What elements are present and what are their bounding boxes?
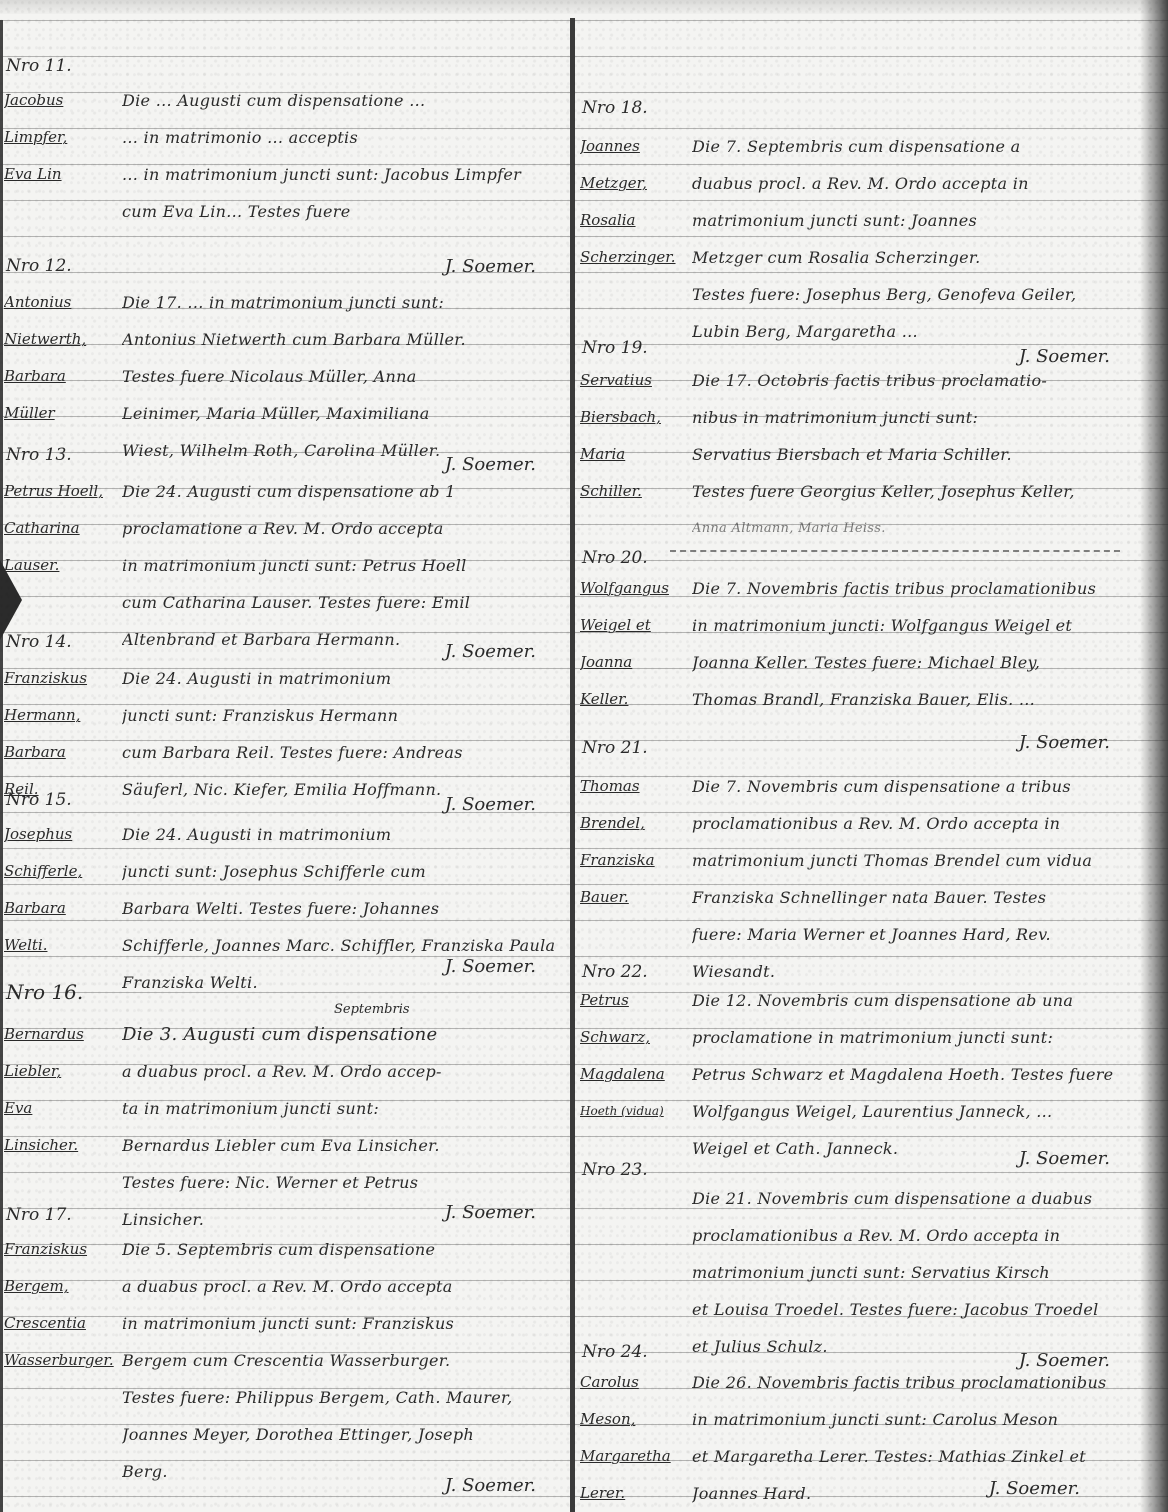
entry-body: Die 7. Septembris cum dispensatione a du… [692,128,1134,350]
entry-number: Nro 21. [582,738,648,758]
margin-name: Wolfgangus [580,570,688,607]
entry-line: fuere: Maria Werner et Joannes Hard, Rev… [692,916,1134,953]
entry-line: Franziska Schnellinger nata Bauer. Teste… [692,879,1134,916]
margin-name: Welti. [4,927,116,964]
entry-margin-names: Antonius Nietwerth, Barbara Müller [4,284,116,432]
entry-number: Nro 23. [582,1160,648,1180]
margin-name: Catharina [4,510,116,547]
margin-name: Hermann, [4,697,116,734]
entry-number: Nro 11. [6,56,72,76]
entry-number: Nro 17. [6,1205,72,1225]
entry-number: Nro 24. [582,1342,648,1362]
entry-line: Die 7. Novembris factis tribus proclamat… [692,570,1134,607]
entry-number: Nro 19. [582,338,648,358]
entry-number: Nro 18. [582,98,648,118]
scan-top-edge [0,0,1168,14]
entry-number: Nro 13. [6,445,72,465]
officiant-signature: J. Soemer. [445,454,536,475]
margin-name: Servatius [580,362,688,399]
margin-name: Joanna [580,644,688,681]
entry-line: Testes fuere Nicolaus Müller, Anna [122,358,560,395]
officiant-signature: J. Soemer. [1019,732,1110,753]
margin-name: Eva [4,1090,116,1127]
register-page: Nro 11. Jacobus Limpfer, Eva Lin Die ...… [0,0,1168,1512]
officiant-signature: J. Soemer. [445,1475,536,1496]
margin-name: Limpfer, [4,119,116,156]
margin-name: Scherzinger. [580,239,688,276]
margin-name: Jacobus [4,82,116,119]
entry-line: proclamationibus a Rev. M. Ordo accepta … [692,805,1134,842]
entry-margin-names: Carolus Meson, Margaretha Lerer. [580,1364,688,1512]
entry-line: ta in matrimonium juncti sunt: [122,1090,560,1127]
entry-line: Testes fuere Georgius Keller, Josephus K… [692,473,1134,510]
entry-line: Bergem cum Crescentia Wasserburger. [122,1342,560,1379]
margin-name: Barbara [4,358,116,395]
entry-body: Die 7. Novembris factis tribus proclamat… [692,570,1134,718]
margin-name: Bauer. [580,879,688,916]
margin-name: Lauser. [4,547,116,584]
margin-name: Linsicher. [4,1127,116,1164]
entry-line: a duabus procl. a Rev. M. Ordo accep- [122,1053,560,1090]
margin-name: Metzger, [580,165,688,202]
margin-name: Eva Lin [4,156,116,193]
entry-line: Joanna Keller. Testes fuere: Michael Ble… [692,644,1134,681]
margin-name: Bernardus [4,1016,116,1053]
entry-line: matrimonium juncti Thomas Brendel cum vi… [692,842,1134,879]
margin-name: Petrus [580,982,688,1019]
entry-body: Die 7. Novembris cum dispensatione a tri… [692,768,1134,990]
entry-line: proclamationibus a Rev. M. Ordo accepta … [692,1217,1134,1254]
entry-number: Nro 12. [6,256,72,276]
entry-line: Bernardus Liebler cum Eva Linsicher. [122,1127,560,1164]
entry-line: Joannes Meyer, Dorothea Ettinger, Joseph [122,1416,560,1453]
margin-name: Nietwerth, [4,321,116,358]
margin-name: Liebler, [4,1053,116,1090]
entry-line: Metzger cum Rosalia Scherzinger. [692,239,1134,276]
entry-line: Die 21. Novembris cum dispensatione a du… [692,1180,1134,1217]
entry-line: Die 3. Augusti cum dispensatione [122,1016,560,1053]
entry-line: Die 17. Octobris factis tribus proclamat… [692,362,1134,399]
entry-margin-names: Franziskus Bergem, Crescentia Wasserburg… [4,1231,116,1379]
margin-name: Petrus Hoell, [4,473,116,510]
margin-name: Barbara [4,734,116,771]
scan-edge-shadow [1140,0,1168,1512]
entry-line: juncti sunt: Franziskus Hermann [122,697,560,734]
entry-line: in matrimonium juncti: Wolfgangus Weigel… [692,607,1134,644]
entry-margin-names: Thomas Brendel, Franziska Bauer. [580,768,688,916]
margin-name: Barbara [4,890,116,927]
entry-line: in matrimonium juncti sunt: Franziskus [122,1305,560,1342]
entry-body: Die 17. ... in matrimonium juncti sunt: … [122,284,560,469]
entry-margin-names: Franziskus Hermann, Barbara Reil. [4,660,116,808]
entry-line: Die 7. Novembris cum dispensatione a tri… [692,768,1134,805]
margin-name: Josephus [4,816,116,853]
entry-line: Die 26. Novembris factis tribus proclama… [692,1364,1134,1401]
margin-name: Keller. [580,681,688,718]
entry-body: Die 17. Octobris factis tribus proclamat… [692,362,1134,547]
margin-name: Margaretha [580,1438,688,1475]
entry-line: Testes fuere: Philippus Bergem, Cath. Ma… [122,1379,560,1416]
entry-line: Die 24. Augusti in matrimonium [122,816,560,853]
entry-line: Antonius Nietwerth cum Barbara Müller. [122,321,560,358]
officiant-signature: J. Soemer. [1019,1148,1110,1169]
interlinear-correction: Septembris [334,1002,410,1017]
entry-line: Lubin Berg, Margaretha ... [692,313,1134,350]
entry-line: a duabus procl. a Rev. M. Ordo accepta [122,1268,560,1305]
margin-name: Lerer. [580,1475,688,1512]
entry-line: Die ... Augusti cum dispensatione ... [122,82,560,119]
officiant-signature: J. Soemer. [445,956,536,977]
entry-line: in matrimonium juncti sunt: Carolus Meso… [692,1401,1134,1438]
entry-line: cum Catharina Lauser. Testes fuere: Emil [122,584,560,621]
entry-number: Nro 22. [582,962,648,982]
entry-margin-names: Joannes Metzger, Rosalia Scherzinger. [580,128,688,276]
entry-line: juncti sunt: Josephus Schifferle cum [122,853,560,890]
margin-name: Weigel et [580,607,688,644]
entry-body: Die 24. Augusti cum dispensatione ab 1 p… [122,473,560,658]
margin-name: Brendel, [580,805,688,842]
entry-line: Barbara Welti. Testes fuere: Johannes [122,890,560,927]
entry-line: Die 5. Septembris cum dispensatione [122,1231,560,1268]
entry-margin-names: Wolfgangus Weigel et Joanna Keller. [580,570,688,718]
entry-margin-names: Servatius Biersbach, Maria Schiller. [580,362,688,510]
entry-body: Die ... Augusti cum dispensatione ... ..… [122,82,560,230]
margin-name: Carolus [580,1364,688,1401]
margin-name: Franziska [580,842,688,879]
entry-line: Testes fuere: Josephus Berg, Genofeva Ge… [692,276,1134,313]
margin-name: Franziskus [4,660,116,697]
entry-line: proclamatione a Rev. M. Ordo accepta [122,510,560,547]
section-flourish [670,540,1120,552]
entry-line: Petrus Schwarz et Magdalena Hoeth. Teste… [692,1056,1134,1093]
entry-margin-names: Petrus Hoell, Catharina Lauser. [4,473,116,584]
officiant-signature: J. Soemer. [445,641,536,662]
officiant-signature: J. Soemer. [989,1478,1080,1499]
margin-name: Magdalena [580,1056,688,1093]
officiant-signature: J. Soemer. [445,794,536,815]
entry-line: Wolfgangus Weigel, Laurentius Janneck, .… [692,1093,1134,1130]
margin-name: Maria [580,436,688,473]
entry-line: matrimonium juncti sunt: Joannes [692,202,1134,239]
entry-number: Nro 20. [582,548,648,568]
entry-margin-names: Jacobus Limpfer, Eva Lin [4,82,116,193]
margin-name: Thomas [580,768,688,805]
margin-name: Crescentia [4,1305,116,1342]
entry-line: in matrimonium juncti sunt: Petrus Hoell [122,547,560,584]
entry-margin-names: Josephus Schifferle, Barbara Welti. [4,816,116,964]
officiant-signature: J. Soemer. [445,256,536,277]
entry-margin-names: Bernardus Liebler, Eva Linsicher. [4,1016,116,1164]
entry-line: et Margaretha Lerer. Testes: Mathias Zin… [692,1438,1134,1475]
entry-body: Die 5. Septembris cum dispensatione a du… [122,1231,560,1490]
margin-name: Hoeth (vidua) [580,1093,688,1130]
margin-name: Wasserburger. [4,1342,116,1379]
margin-name: Bergem, [4,1268,116,1305]
entry-line: cum Barbara Reil. Testes fuere: Andreas [122,734,560,771]
entry-line: Die 24. Augusti in matrimonium [122,660,560,697]
margin-name: Schwarz, [580,1019,688,1056]
entry-line: cum Eva Lin... Testes fuere [122,193,560,230]
entry-line: Die 17. ... in matrimonium juncti sunt: [122,284,560,321]
margin-name: Schiller. [580,473,688,510]
entry-line: nibus in matrimonium juncti sunt: [692,399,1134,436]
entry-body: Die 21. Novembris cum dispensatione a du… [692,1180,1134,1365]
entry-margin-names: Petrus Schwarz, Magdalena Hoeth (vidua) [580,982,688,1130]
entry-line: Thomas Brandl, Franziska Bauer, Elis. ..… [692,681,1134,718]
left-margin-rule [0,20,3,1512]
entry-line: duabus procl. a Rev. M. Ordo accepta in [692,165,1134,202]
column-divider [570,18,575,1512]
margin-name: Antonius [4,284,116,321]
entry-line: Die 7. Septembris cum dispensatione a [692,128,1134,165]
entry-line: Servatius Biersbach et Maria Schiller. [692,436,1134,473]
entry-line: proclamatione in matrimonium juncti sunt… [692,1019,1134,1056]
entry-number: Nro 14. [6,632,72,652]
officiant-signature: J. Soemer. [445,1202,536,1223]
margin-name: Müller [4,395,116,432]
entry-line: et Louisa Troedel. Testes fuere: Jacobus… [692,1291,1134,1328]
margin-name: Franziskus [4,1231,116,1268]
entry-line: Leinimer, Maria Müller, Maximiliana [122,395,560,432]
entry-line: Testes fuere: Nic. Werner et Petrus [122,1164,560,1201]
margin-name: Rosalia [580,202,688,239]
entry-line: ... in matrimonium juncti sunt: Jacobus … [122,156,560,193]
entry-body: Die 24. Augusti in matrimonium juncti su… [122,660,560,808]
margin-name: Joannes [580,128,688,165]
entry-line: Die 24. Augusti cum dispensatione ab 1 [122,473,560,510]
margin-name: Biersbach, [580,399,688,436]
margin-name: Schifferle, [4,853,116,890]
entry-line: matrimonium juncti sunt: Servatius Kirsc… [692,1254,1134,1291]
entry-number: Nro 16. [6,980,83,1004]
entry-number: Nro 15. [6,790,72,810]
entry-line: Die 12. Novembris cum dispensatione ab u… [692,982,1134,1019]
margin-name: Meson, [580,1401,688,1438]
entry-body: Die 12. Novembris cum dispensatione ab u… [692,982,1134,1167]
entry-line: ... in matrimonio ... acceptis [122,119,560,156]
